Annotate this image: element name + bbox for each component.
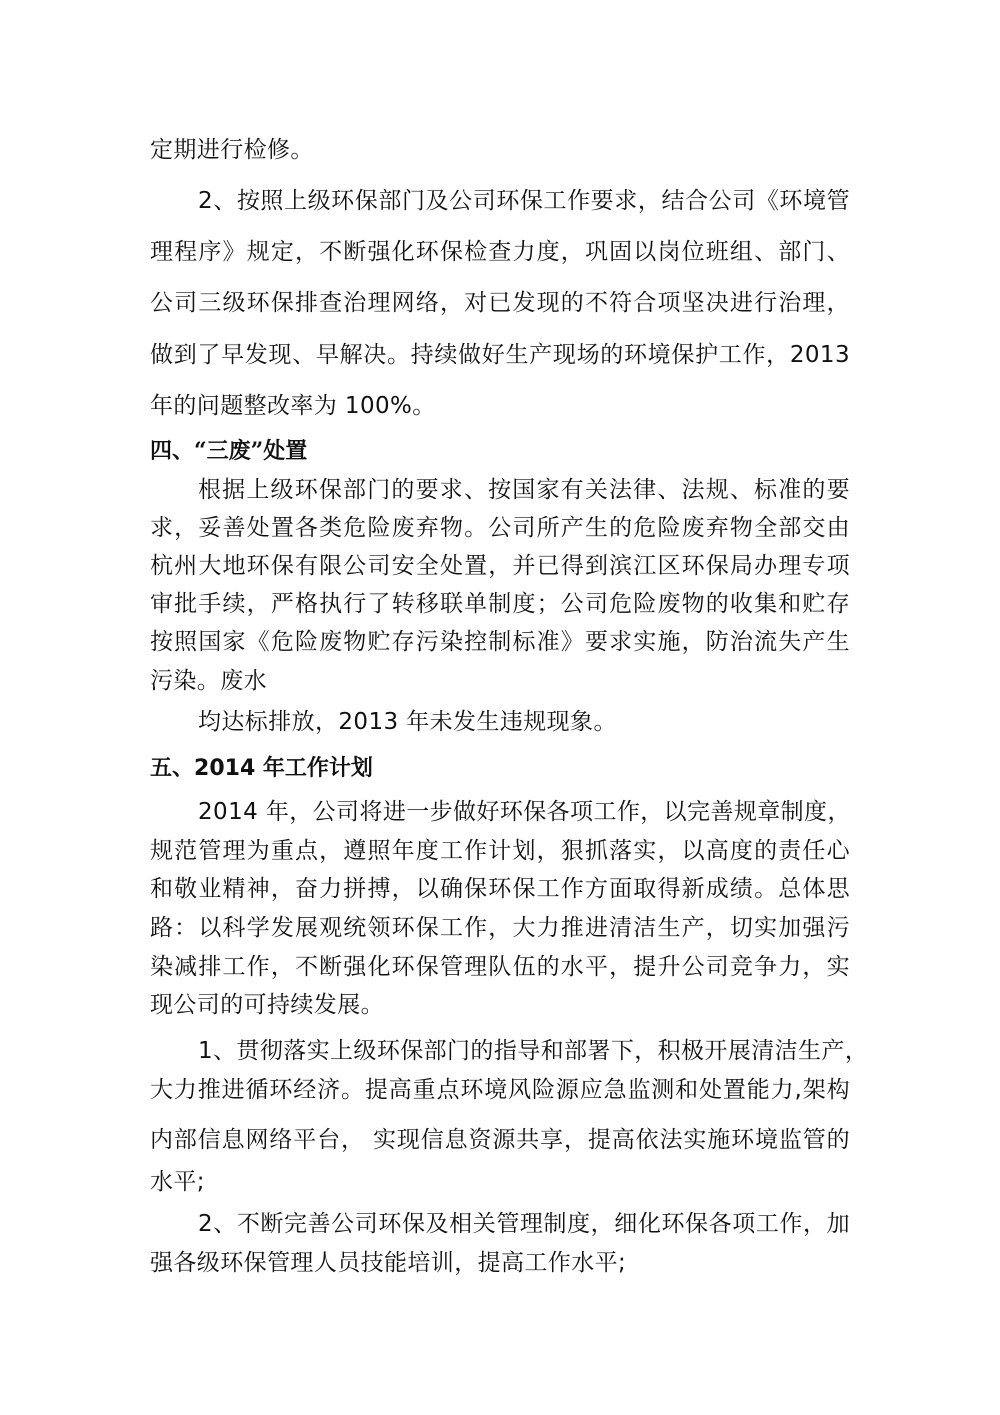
document-page: 定期进行检修。 2、按照上级环保部门及公司环保工作要求，结合公司《环境管 理程序… [0,0,1000,1415]
paragraph-line: 规范管理为重点，遵照年度工作计划，狠抓落实，以高度的责任心 [150,836,850,866]
section-heading: 四、“三废”处置 [150,436,307,466]
paragraph-line: 大力推进循环经济。提高重点环境风险源应急监测和处置能力,架构 [150,1075,850,1105]
paragraph-line: 和敬业精神，奋力拼搏，以确保环保工作方面取得新成绩。总体思 [150,874,850,904]
paragraph-line: 内部信息网络平台， 实现信息资源共享，提高依法实施环境监管的 [150,1125,850,1155]
paragraph-line: 杭州大地环保有限公司安全处置，并已得到滨江区环保局办理专项 [150,551,850,581]
section-heading-prefix: 五、 [150,755,194,781]
section-heading: 五、2014 年工作计划 [150,753,373,784]
paragraph-line: 现公司的可持续发展。 [150,990,384,1020]
paragraph-line: 2、按照上级环保部门及公司环保工作要求，结合公司《环境管 [198,186,850,216]
paragraph-line: 求，妥善处置各类危险废弃物。公司所产生的危险废弃物全部交由 [150,513,850,543]
section-heading-suffix: 年工作计划 [255,755,373,781]
paragraph-line: 水平; [150,1167,205,1197]
paragraph-line: 定期进行检修。 [150,135,314,165]
paragraph-line: 2、不断完善公司环保及相关管理制度，细化环保各项工作，加 [198,1209,850,1239]
paragraph-line: 强各级环保管理人员技能培训，提高工作水平; [150,1248,626,1278]
paragraph-line: 做到了早发现、早解决。持续做好生产现场的环境保护工作，2013 [150,340,850,370]
paragraph-line: 根据上级环保部门的要求、按国家有关法律、法规、标准的要 [198,475,850,505]
paragraph-line: 染减排工作，不断强化环保管理队伍的水平，提升公司竞争力，实 [150,952,850,982]
paragraph-line: 路：以科学发展观统领环保工作，大力推进清洁生产，切实加强污 [150,913,850,943]
paragraph-line: 均达标排放，2013 年未发生违规现象。 [198,707,617,737]
paragraph-line: 污染。废水 [150,666,267,696]
paragraph-line: 审批手续，严格执行了转移联单制度；公司危险废物的收集和贮存 [150,589,850,619]
paragraph-line: 年的问题整改率为 100%。 [150,391,436,421]
paragraph-line: 公司三级环保排查治理网络，对已发现的不符合项坚决进行治理， [150,288,850,318]
section-heading-year: 2014 [194,756,255,781]
paragraph-line: 1、贯彻落实上级环保部门的指导和部署下，积极开展清洁生产， [198,1036,850,1066]
paragraph-line: 2014 年，公司将进一步做好环保各项工作，以完善规章制度， [198,797,850,827]
paragraph-line: 按照国家《危险废物贮存污染控制标准》要求实施，防治流失产生 [150,627,850,657]
paragraph-line: 理程序》规定，不断强化环保检查力度，巩固以岗位班组、部门、 [150,237,850,267]
